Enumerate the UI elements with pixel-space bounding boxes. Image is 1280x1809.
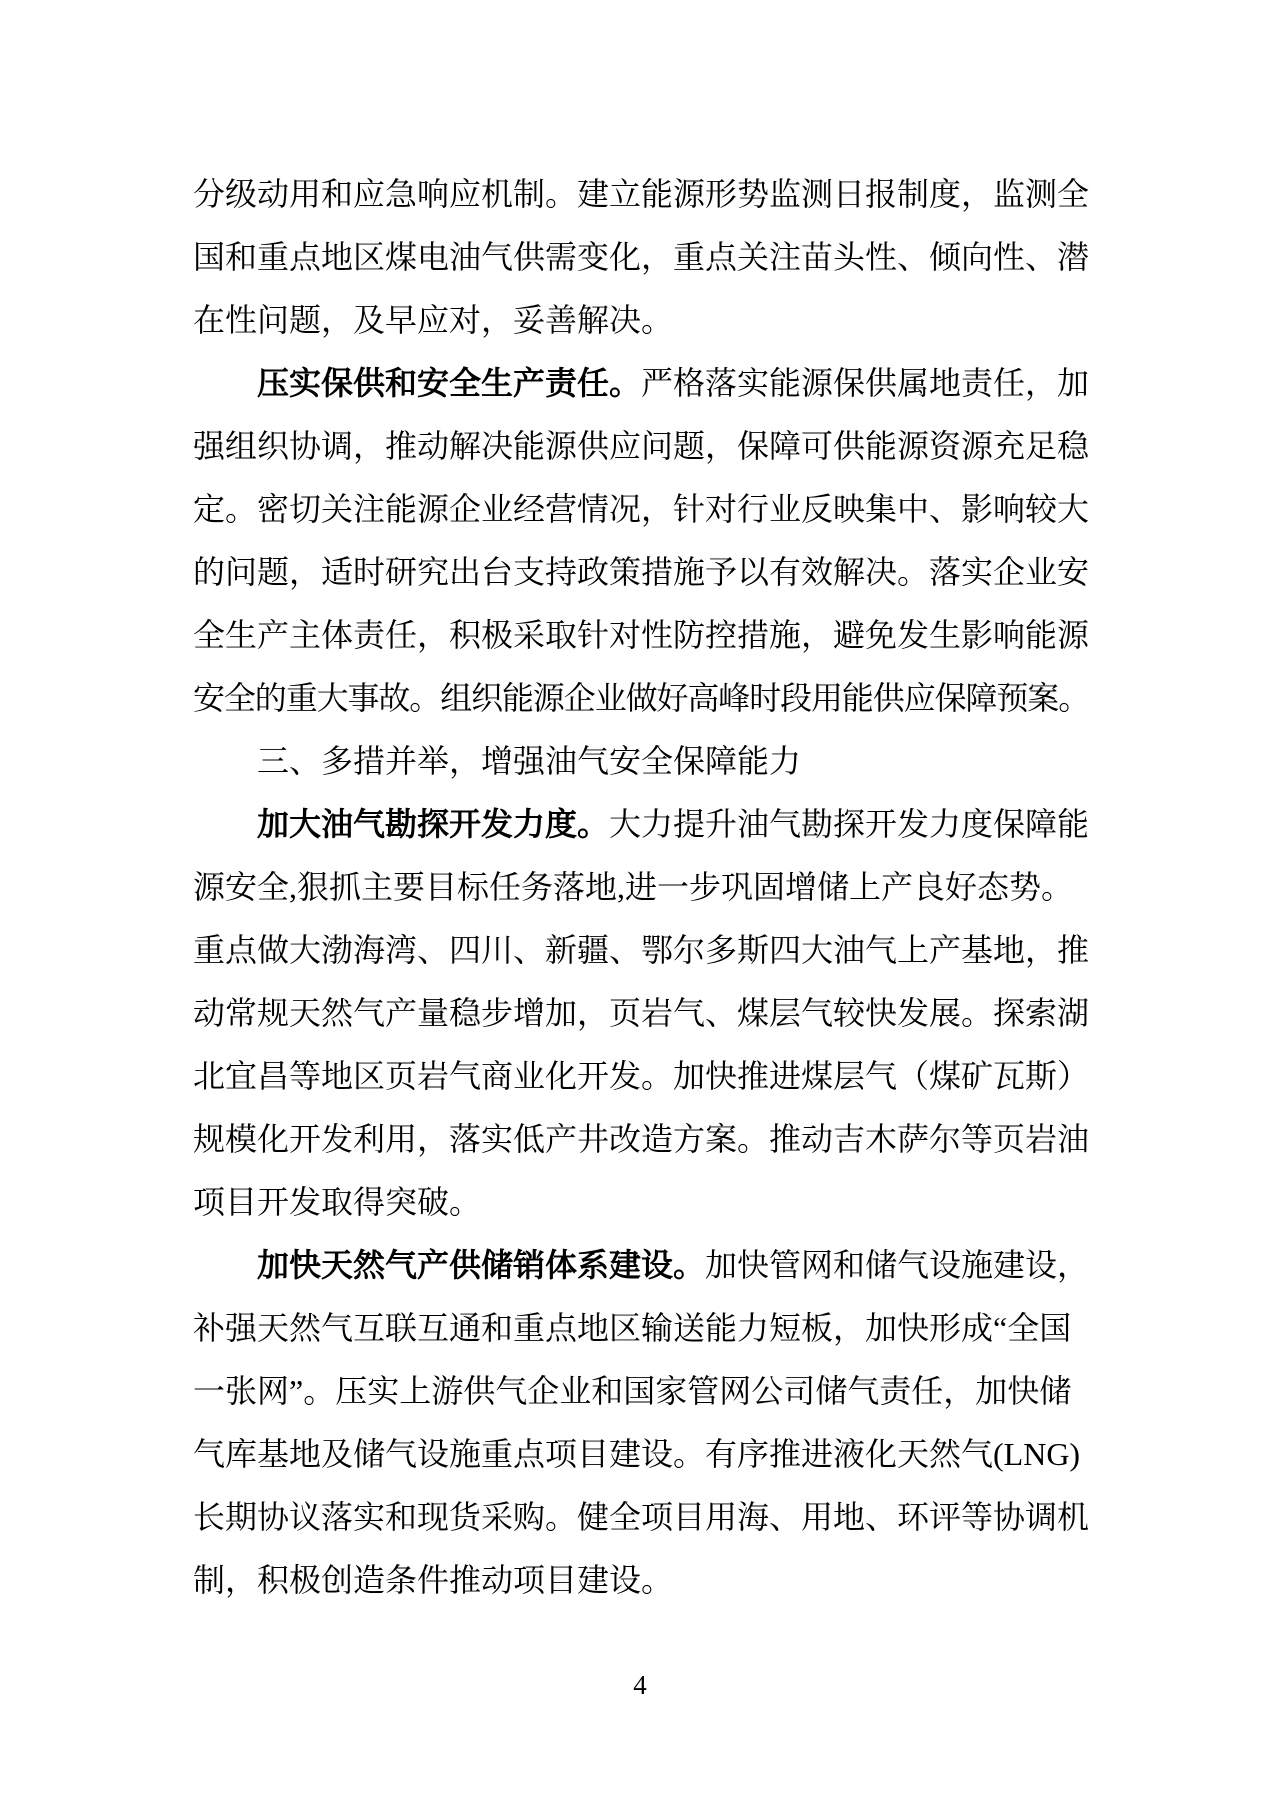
bold-lead-in: 压实保供和安全生产责任。 [257,365,641,401]
text-line: 气库基地及储气设施重点项目建设。有序推进液化天然气(LNG) [193,1423,1089,1486]
text-segment: 长期协议落实和现货采购。健全项目用海、用地、环评等协调机 [193,1499,1089,1535]
text-line: 加大油气勘探开发力度。大力提升油气勘探开发力度保障能 [193,793,1089,856]
text-segment: 动常规天然气产量稳步增加，页岩气、煤层气较快发展。探索湖 [193,995,1089,1031]
text-segment: 强组织协调，推动解决能源供应问题，保障可供能源资源充足稳 [193,428,1089,464]
text-segment: 补强天然气互联互通和重点地区输送能力短板，加快形成“全国 [193,1310,1071,1346]
text-line: 分级动用和应急响应机制。建立能源形势监测日报制度，监测全 [193,163,1089,226]
text-segment: 重点做大渤海湾、四川、新疆、鄂尔多斯四大油气上产基地，推 [193,932,1089,968]
text-segment: 规模化开发利用，落实低产井改造方案。推动吉木萨尔等页岩油 [193,1121,1089,1157]
text-line: 加快天然气产供储销体系建设。加快管网和储气设施建设， [193,1234,1089,1297]
text-segment: 三、多措并举，增强油气安全保障能力 [257,743,801,779]
text-line: 压实保供和安全生产责任。严格落实能源保供属地责任，加 [193,352,1089,415]
text-line: 动常规天然气产量稳步增加，页岩气、煤层气较快发展。探索湖 [193,982,1089,1045]
page-number: 4 [0,1668,1280,1702]
text-segment: 的问题，适时研究出台支持政策措施予以有效解决。落实企业安 [193,554,1089,590]
text-line: 源安全,狠抓主要目标任务落地,进一步巩固增储上产良好态势。 [193,856,1089,919]
section-heading: 三、多措并举，增强油气安全保障能力 [193,730,1089,793]
text-segment: 一张网”。压实上游供气企业和国家管网公司储气责任，加快储 [193,1373,1071,1409]
text-segment: 全生产主体责任，积极采取针对性防控措施，避免发生影响能源 [193,617,1089,653]
text-line: 国和重点地区煤电油气供需变化，重点关注苗头性、倾向性、潜 [193,226,1089,289]
text-segment: 加快管网和储气设施建设， [705,1247,1089,1283]
text-line: 规模化开发利用，落实低产井改造方案。推动吉木萨尔等页岩油 [193,1108,1089,1171]
text-segment: 安全的重大事故。组织能源企业做好高峰时段用能供应保障预案。 [193,680,1089,716]
text-line: 强组织协调，推动解决能源供应问题，保障可供能源资源充足稳 [193,415,1089,478]
text-line: 项目开发取得突破。 [193,1171,1089,1234]
text-line: 安全的重大事故。组织能源企业做好高峰时段用能供应保障预案。 [193,667,1089,730]
bold-lead-in: 加快天然气产供储销体系建设。 [257,1247,705,1283]
text-segment: 北宜昌等地区页岩气商业化开发。加快推进煤层气（煤矿瓦斯） [193,1058,1089,1094]
text-line: 的问题，适时研究出台支持政策措施予以有效解决。落实企业安 [193,541,1089,604]
document-body: 分级动用和应急响应机制。建立能源形势监测日报制度，监测全国和重点地区煤电油气供需… [193,163,1089,1612]
text-line: 重点做大渤海湾、四川、新疆、鄂尔多斯四大油气上产基地，推 [193,919,1089,982]
text-line: 在性问题，及早应对，妥善解决。 [193,289,1089,352]
text-line: 北宜昌等地区页岩气商业化开发。加快推进煤层气（煤矿瓦斯） [193,1045,1089,1108]
text-line: 补强天然气互联互通和重点地区输送能力短板，加快形成“全国 [193,1297,1089,1360]
text-line: 全生产主体责任，积极采取针对性防控措施，避免发生影响能源 [193,604,1089,667]
text-segment: 在性问题，及早应对，妥善解决。 [193,302,673,338]
text-segment: 气库基地及储气设施重点项目建设。有序推进液化天然气(LNG) [193,1436,1080,1472]
text-line: 制，积极创造条件推动项目建设。 [193,1549,1089,1612]
text-segment: 严格落实能源保供属地责任，加 [641,365,1089,401]
text-line: 定。密切关注能源企业经营情况，针对行业反映集中、影响较大 [193,478,1089,541]
text-segment: 项目开发取得突破。 [193,1184,481,1220]
text-segment: 分级动用和应急响应机制。建立能源形势监测日报制度，监测全 [193,176,1089,212]
text-line: 长期协议落实和现货采购。健全项目用海、用地、环评等协调机 [193,1486,1089,1549]
text-segment: 制，积极创造条件推动项目建设。 [193,1562,673,1598]
bold-lead-in: 加大油气勘探开发力度。 [257,806,609,842]
text-line: 一张网”。压实上游供气企业和国家管网公司储气责任，加快储 [193,1360,1089,1423]
text-segment: 定。密切关注能源企业经营情况，针对行业反映集中、影响较大 [193,491,1089,527]
text-segment: 大力提升油气勘探开发力度保障能 [609,806,1089,842]
text-segment: 源安全,狠抓主要目标任务落地,进一步巩固增储上产良好态势。 [193,869,1073,905]
text-segment: 国和重点地区煤电油气供需变化，重点关注苗头性、倾向性、潜 [193,239,1089,275]
document-page: 分级动用和应急响应机制。建立能源形势监测日报制度，监测全国和重点地区煤电油气供需… [0,0,1280,1809]
